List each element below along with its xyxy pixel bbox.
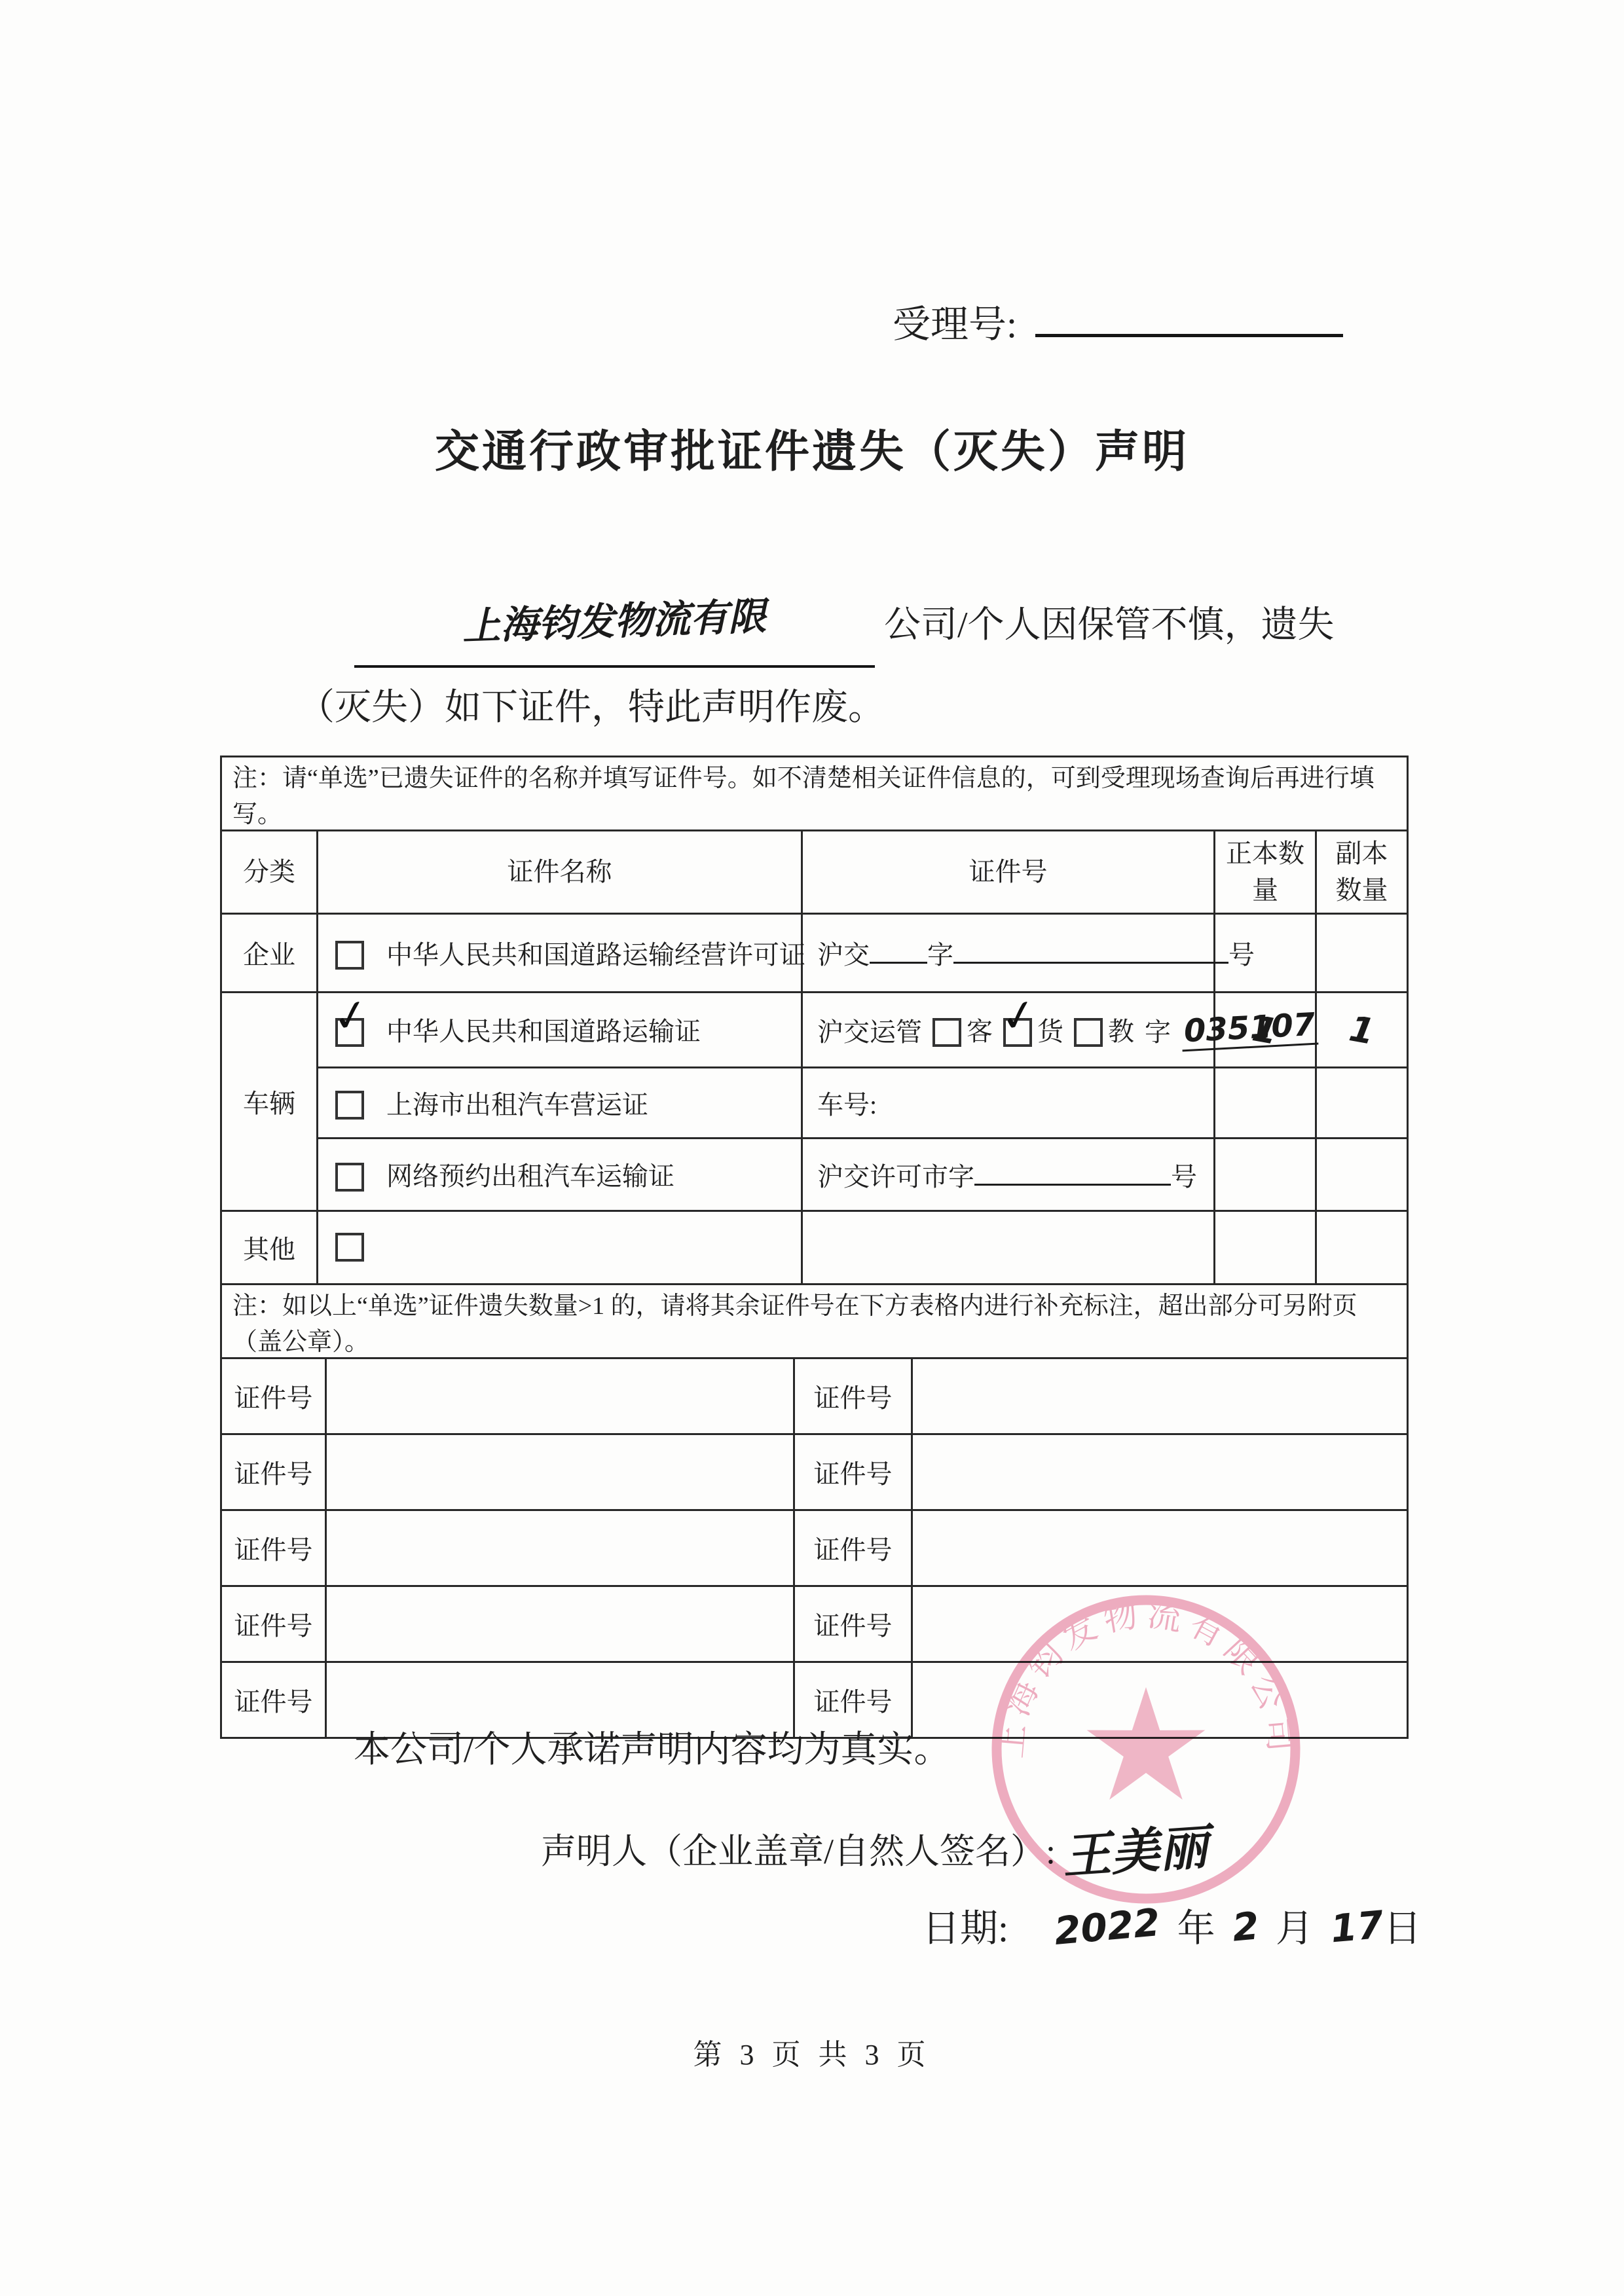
certno-prefix: 沪交许可市字: [817, 1162, 974, 1192]
certno-blank-field[interactable]: [953, 936, 1228, 964]
supplement-certno-field[interactable]: [326, 1434, 794, 1510]
table-note-bottom: 注：如以上“单选”证件遗失数量>1 的，请将其余证件号在下方表格内进行补充标注，…: [221, 1285, 1408, 1358]
original-qty-cell[interactable]: [1215, 1211, 1316, 1285]
header-category: 分类: [221, 831, 318, 914]
table-row: 其他: [221, 1211, 1408, 1285]
supplement-certno-label: 证件号: [794, 1586, 912, 1662]
option-cargo-label: 货: [1037, 1017, 1063, 1046]
intro-line2-text: （灭失）如下证件，特此声明作废。: [298, 668, 1424, 748]
document-page: 受理号: 交通行政审批证件遗失（灭失）声明 上海钧发物流有限 公司/个人因保管不…: [0, 0, 1624, 2296]
table-row: 证件号 证件号: [221, 1358, 1408, 1434]
main-table: 注：请“单选”已遗失证件的名称并填写证件号。如不清楚相关证件信息的，可到受理现场…: [220, 756, 1409, 1359]
header-duplicate-qty: 副本数量: [1316, 831, 1408, 914]
certno-other-field[interactable]: [802, 1211, 1215, 1285]
table-row: 证件号 证件号: [221, 1510, 1408, 1586]
certno-prefix: 沪交运管: [817, 1011, 922, 1049]
page-footer: 第 3 页 共 3 页: [0, 2031, 1624, 2073]
duplicate-qty-cell[interactable]: [1316, 914, 1408, 993]
supplement-certno-label: 证件号: [221, 1434, 326, 1510]
date-day-handwritten: 17: [1329, 1903, 1385, 1952]
header-cert-no: 证件号: [802, 831, 1215, 914]
duplicate-qty-cell[interactable]: [1316, 1211, 1408, 1285]
table-row: 网络预约出租汽车运输证 沪交许可市字号: [221, 1139, 1408, 1211]
duplicate-qty-cell[interactable]: [1316, 1139, 1408, 1211]
header-original-qty: 正本数量: [1215, 831, 1316, 914]
table-row: 上海市出租汽车营运证 车号:: [221, 1068, 1408, 1139]
cert-name-label: 上海市出租汽车营运证: [386, 1090, 648, 1120]
supplement-certno-label: 证件号: [794, 1434, 912, 1510]
original-qty-cell[interactable]: [1215, 1139, 1316, 1211]
supplement-certno-field[interactable]: [912, 1358, 1408, 1434]
supplement-certno-label: 证件号: [221, 1358, 326, 1434]
supplement-certno-field[interactable]: [326, 1358, 794, 1434]
certno-prefix: 沪交: [817, 940, 870, 970]
cert-name-label: 网络预约出租汽车运输证: [386, 1161, 674, 1191]
certno-zi: 字: [1145, 1011, 1171, 1049]
supplement-certno-field[interactable]: [326, 1586, 794, 1662]
certno-suffix: 号: [1171, 1162, 1197, 1192]
supplement-certno-field[interactable]: [912, 1510, 1408, 1586]
category-other: 其他: [221, 1211, 318, 1285]
checkbox-taxi-cert[interactable]: [335, 1091, 364, 1120]
supplement-certno-field[interactable]: [912, 1434, 1408, 1510]
original-qty-cell[interactable]: [1215, 1068, 1316, 1139]
option-passenger-label: 客: [967, 1017, 993, 1046]
certno-blank-field[interactable]: [870, 936, 927, 964]
check-mark-icon: ✓: [997, 992, 1041, 1041]
intro-line1: 上海钧发物流有限 公司/个人因保管不慎，遗失: [298, 584, 1424, 668]
certno-suffix: 号: [1228, 940, 1255, 970]
checkbox-online-taxi-cert[interactable]: [335, 1163, 364, 1192]
table-note-top: 注：请“单选”已遗失证件的名称并填写证件号。如不清楚相关证件信息的，可到受理现场…: [221, 757, 1408, 831]
acceptance-label: 受理号:: [893, 303, 1017, 346]
cert-name-label: 中华人民共和国道路运输证: [386, 1017, 701, 1046]
checkbox-road-transport-cert-checked[interactable]: ✓: [335, 1018, 364, 1047]
cert-name-label: 中华人民共和国道路运输经营许可证: [386, 940, 805, 970]
certno-zi: 字: [927, 940, 953, 970]
supplement-certno-label: 证件号: [221, 1662, 326, 1738]
promise-statement: 本公司/个人承诺声明内容均为真实。: [354, 1721, 951, 1773]
table-row: 车辆 ✓ 中华人民共和国道路运输证 沪交运管 客 ✓货 教 字 035107 1: [221, 993, 1408, 1068]
category-enterprise: 企业: [221, 914, 318, 993]
supplement-certno-label: 证件号: [221, 1510, 326, 1586]
acceptance-blank-field[interactable]: [1035, 296, 1343, 337]
declarant-line: 声明人（企业盖章/自然人签名）:王美丽: [541, 1808, 1208, 1878]
signature-handwritten: 王美丽: [1060, 1808, 1210, 1887]
day-unit: 日: [1384, 1907, 1422, 1950]
company-name-field[interactable]: 上海钧发物流有限: [354, 584, 875, 668]
seal-star-icon: [1087, 1687, 1206, 1800]
checkbox-passenger[interactable]: [932, 1018, 961, 1047]
certno-blank-field[interactable]: [974, 1157, 1171, 1186]
certno-vehicle-number-label[interactable]: 车号:: [802, 1068, 1215, 1139]
acceptance-number-row: 受理号:: [893, 293, 1343, 348]
table-row: 企业 中华人民共和国道路运输经营许可证 沪交字号: [221, 914, 1408, 993]
header-cert-name: 证件名称: [318, 831, 802, 914]
category-vehicle: 车辆: [221, 993, 318, 1211]
check-mark-icon: ✓: [329, 992, 373, 1041]
page-title: 交通行政审批证件遗失（灭失）声明: [0, 416, 1624, 480]
intro-paragraph: 上海钧发物流有限 公司/个人因保管不慎，遗失 （灭失）如下证件，特此声明作废。: [298, 584, 1424, 748]
duplicate-qty-handwritten: 1: [1346, 1008, 1378, 1053]
supplement-certno-label: 证件号: [794, 1358, 912, 1434]
duplicate-qty-cell[interactable]: [1316, 1068, 1408, 1139]
checkbox-cargo-checked[interactable]: ✓: [1003, 1018, 1032, 1047]
supplement-certno-label: 证件号: [221, 1586, 326, 1662]
checkbox-road-transport-license[interactable]: [335, 941, 364, 970]
company-name-handwritten: 上海钧发物流有限: [461, 576, 767, 666]
checkbox-other[interactable]: [335, 1233, 364, 1262]
checkbox-training[interactable]: [1074, 1018, 1103, 1047]
supplement-certno-field[interactable]: [326, 1510, 794, 1586]
supplement-certno-label: 证件号: [794, 1510, 912, 1586]
table-row: 证件号 证件号: [221, 1434, 1408, 1510]
intro-line1-text: 公司/个人因保管不慎，遗失: [884, 605, 1335, 646]
option-training-label: 教: [1108, 1017, 1134, 1046]
